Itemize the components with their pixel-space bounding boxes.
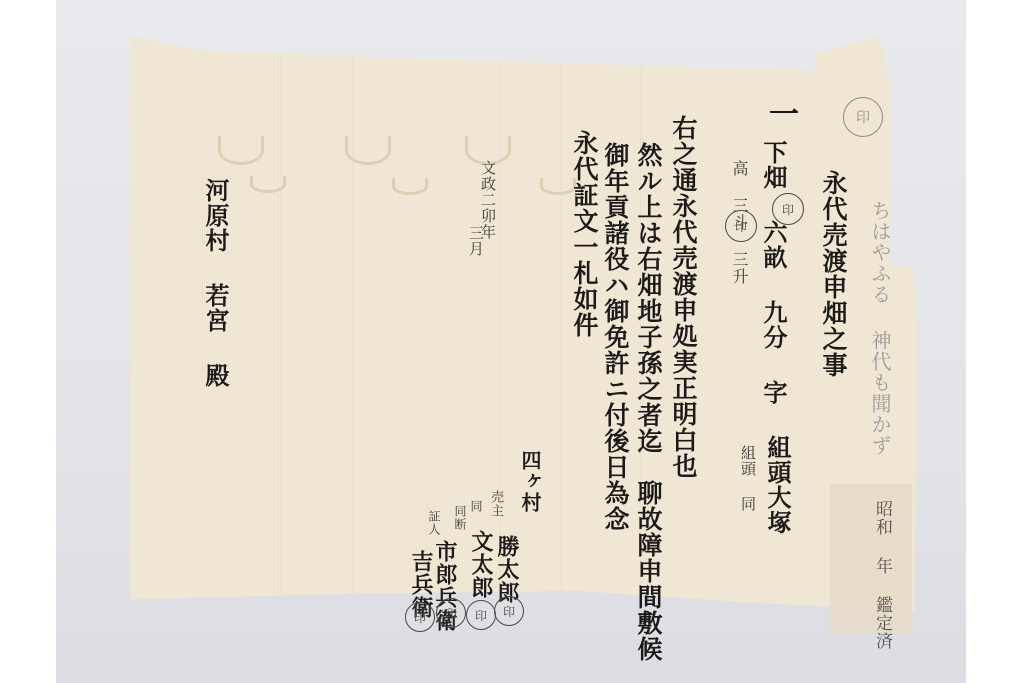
seal-stamp: 印 [494,596,524,626]
fold-crease [352,36,355,611]
document-title: 永代売渡申畑之事 [815,170,851,378]
insect-damage-mark [250,176,286,193]
signatory-role: 売主 [486,490,505,518]
date-month: 三月 [466,225,487,257]
body-line-4: 永代証文一札如件 [566,130,602,338]
signatory-name: 文太郎 [466,530,497,599]
addressee: 河原村 若宮 殿 [198,178,233,388]
item-line: 下畑 六畝 九分 字 [756,140,791,405]
header-mark: 一 [758,98,802,129]
seal-stamp: 印 [405,602,435,632]
witness-line: 組頭大塚 [760,435,795,535]
fold-crease [278,36,281,611]
fold-crease [722,36,725,611]
signatory-role: 証人 [426,510,443,536]
witness-line-2: 組頭 同 [738,445,759,512]
fold-crease [802,36,805,611]
body-line-1: 右之通永代売渡申処実正明白也 [665,115,701,479]
pencil-circle-mark: 印 [843,97,883,137]
fold-crease [560,36,563,611]
signatory-role: 同 [468,500,485,513]
body-line-3: 御年貢諸役ハ御免許ニ付後日為念 [597,142,633,532]
insect-damage-mark [345,136,391,165]
body-line-2: 然ル上は右畑地子孫之者迄 聊故障申間敷候 [630,142,666,662]
fold-crease [500,36,503,611]
insect-damage-mark [218,136,264,165]
pencil-note: ちはやふる 神代も聞かず [866,200,895,456]
seal-stamp: 印 [436,598,466,628]
seal-stamp: 印 [772,193,804,225]
label-slip-text: 昭和 年 鑑定済 [870,500,895,650]
insect-damage-mark [392,178,428,195]
signatory-role: 同断 [452,505,469,531]
seal-stamp: 印 [466,600,496,630]
village-name: 四ヶ村 [516,450,545,513]
seal-stamp: 印 [725,210,757,242]
